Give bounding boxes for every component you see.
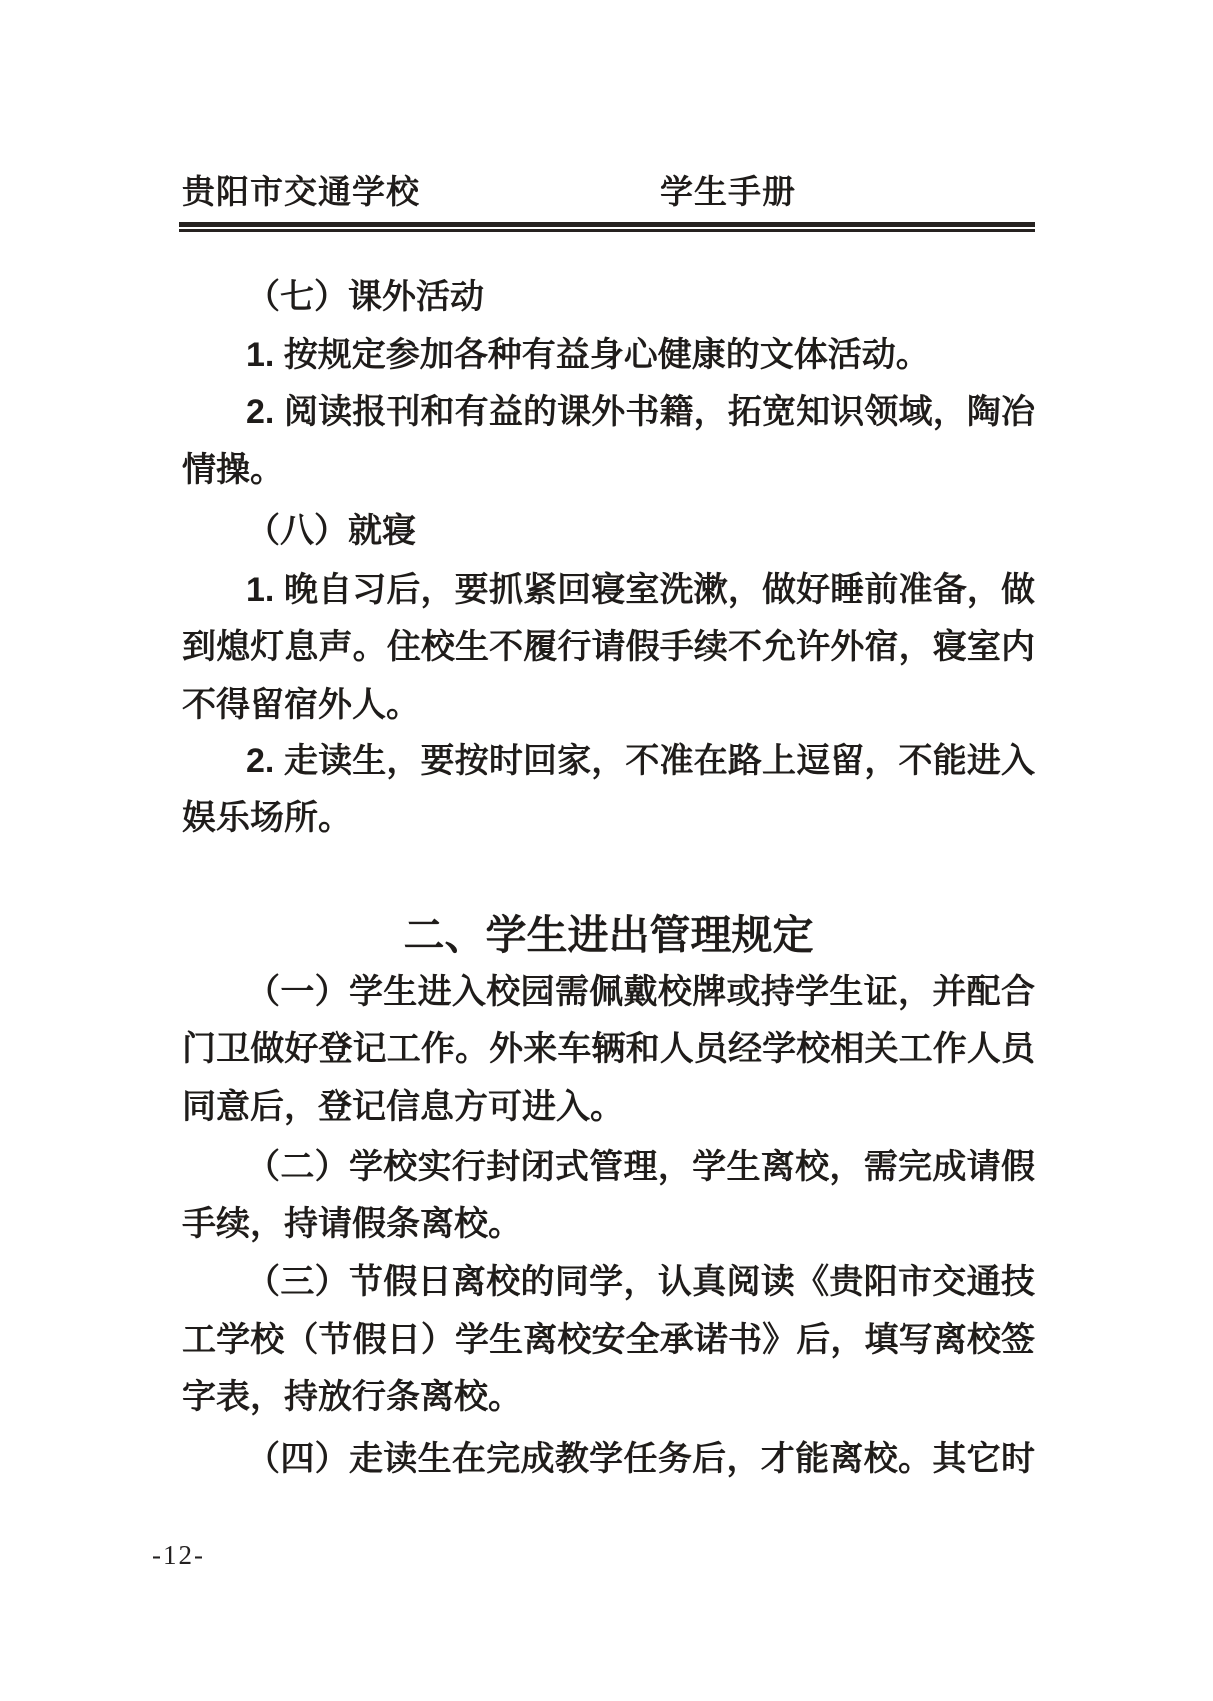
text-line: （七）课外活动 <box>182 274 1035 320</box>
text-line: 2. 阅读报刊和有益的课外书籍，拓宽知识领域，陶冶 <box>182 389 1035 435</box>
header-booklet-title: 学生手册 <box>660 172 796 212</box>
text-line: 工学校（节假日）学生离校安全承诺书》后，填写离校签 <box>182 1317 1035 1363</box>
text-line: 门卫做好登记工作。外来车辆和人员经学校相关工作人员 <box>182 1026 1035 1072</box>
text-line: 1. 按规定参加各种有益身心健康的文体活动。 <box>182 332 1035 378</box>
text-line: （四）走读生在完成教学任务后，才能离校。其它时 <box>182 1436 1035 1482</box>
text-line: 2. 走读生，要按时回家，不准在路上逗留，不能进入 <box>182 738 1035 784</box>
text-line: 到熄灯息声。住校生不履行请假手续不允许外宿，寝室内 <box>182 624 1035 670</box>
text-line: （八）就寝 <box>182 508 1035 554</box>
text-line: 不得留宿外人。 <box>182 682 1035 728</box>
text-line: （一）学生进入校园需佩戴校牌或持学生证，并配合 <box>182 969 1035 1015</box>
handbook-page: 贵阳市交通学校 学生手册 （七）课外活动 1. 按规定参加各种有益身心健康的文体… <box>0 0 1213 1701</box>
text-line: 同意后，登记信息方可进入。 <box>182 1084 1035 1130</box>
text-line: （三）节假日离校的同学，认真阅读《贵阳市交通技 <box>182 1259 1035 1305</box>
text-line: 1. 晚自习后，要抓紧回寝室洗漱，做好睡前准备，做 <box>182 567 1035 613</box>
header-school-name: 贵阳市交通学校 <box>182 172 420 212</box>
text-line: 手续，持请假条离校。 <box>182 1201 1035 1247</box>
text-line: 字表，持放行条离校。 <box>182 1374 1035 1420</box>
text-line: 娱乐场所。 <box>182 795 1035 841</box>
header-rule-thick <box>179 222 1035 227</box>
text-line: （二）学校实行封闭式管理，学生离校，需完成请假 <box>182 1144 1035 1190</box>
text-line: 情操。 <box>182 447 1035 493</box>
header-rule-thin <box>179 229 1035 232</box>
section-heading: 二、学生进出管理规定 <box>182 910 1035 960</box>
page-number: -12- <box>152 1540 205 1571</box>
